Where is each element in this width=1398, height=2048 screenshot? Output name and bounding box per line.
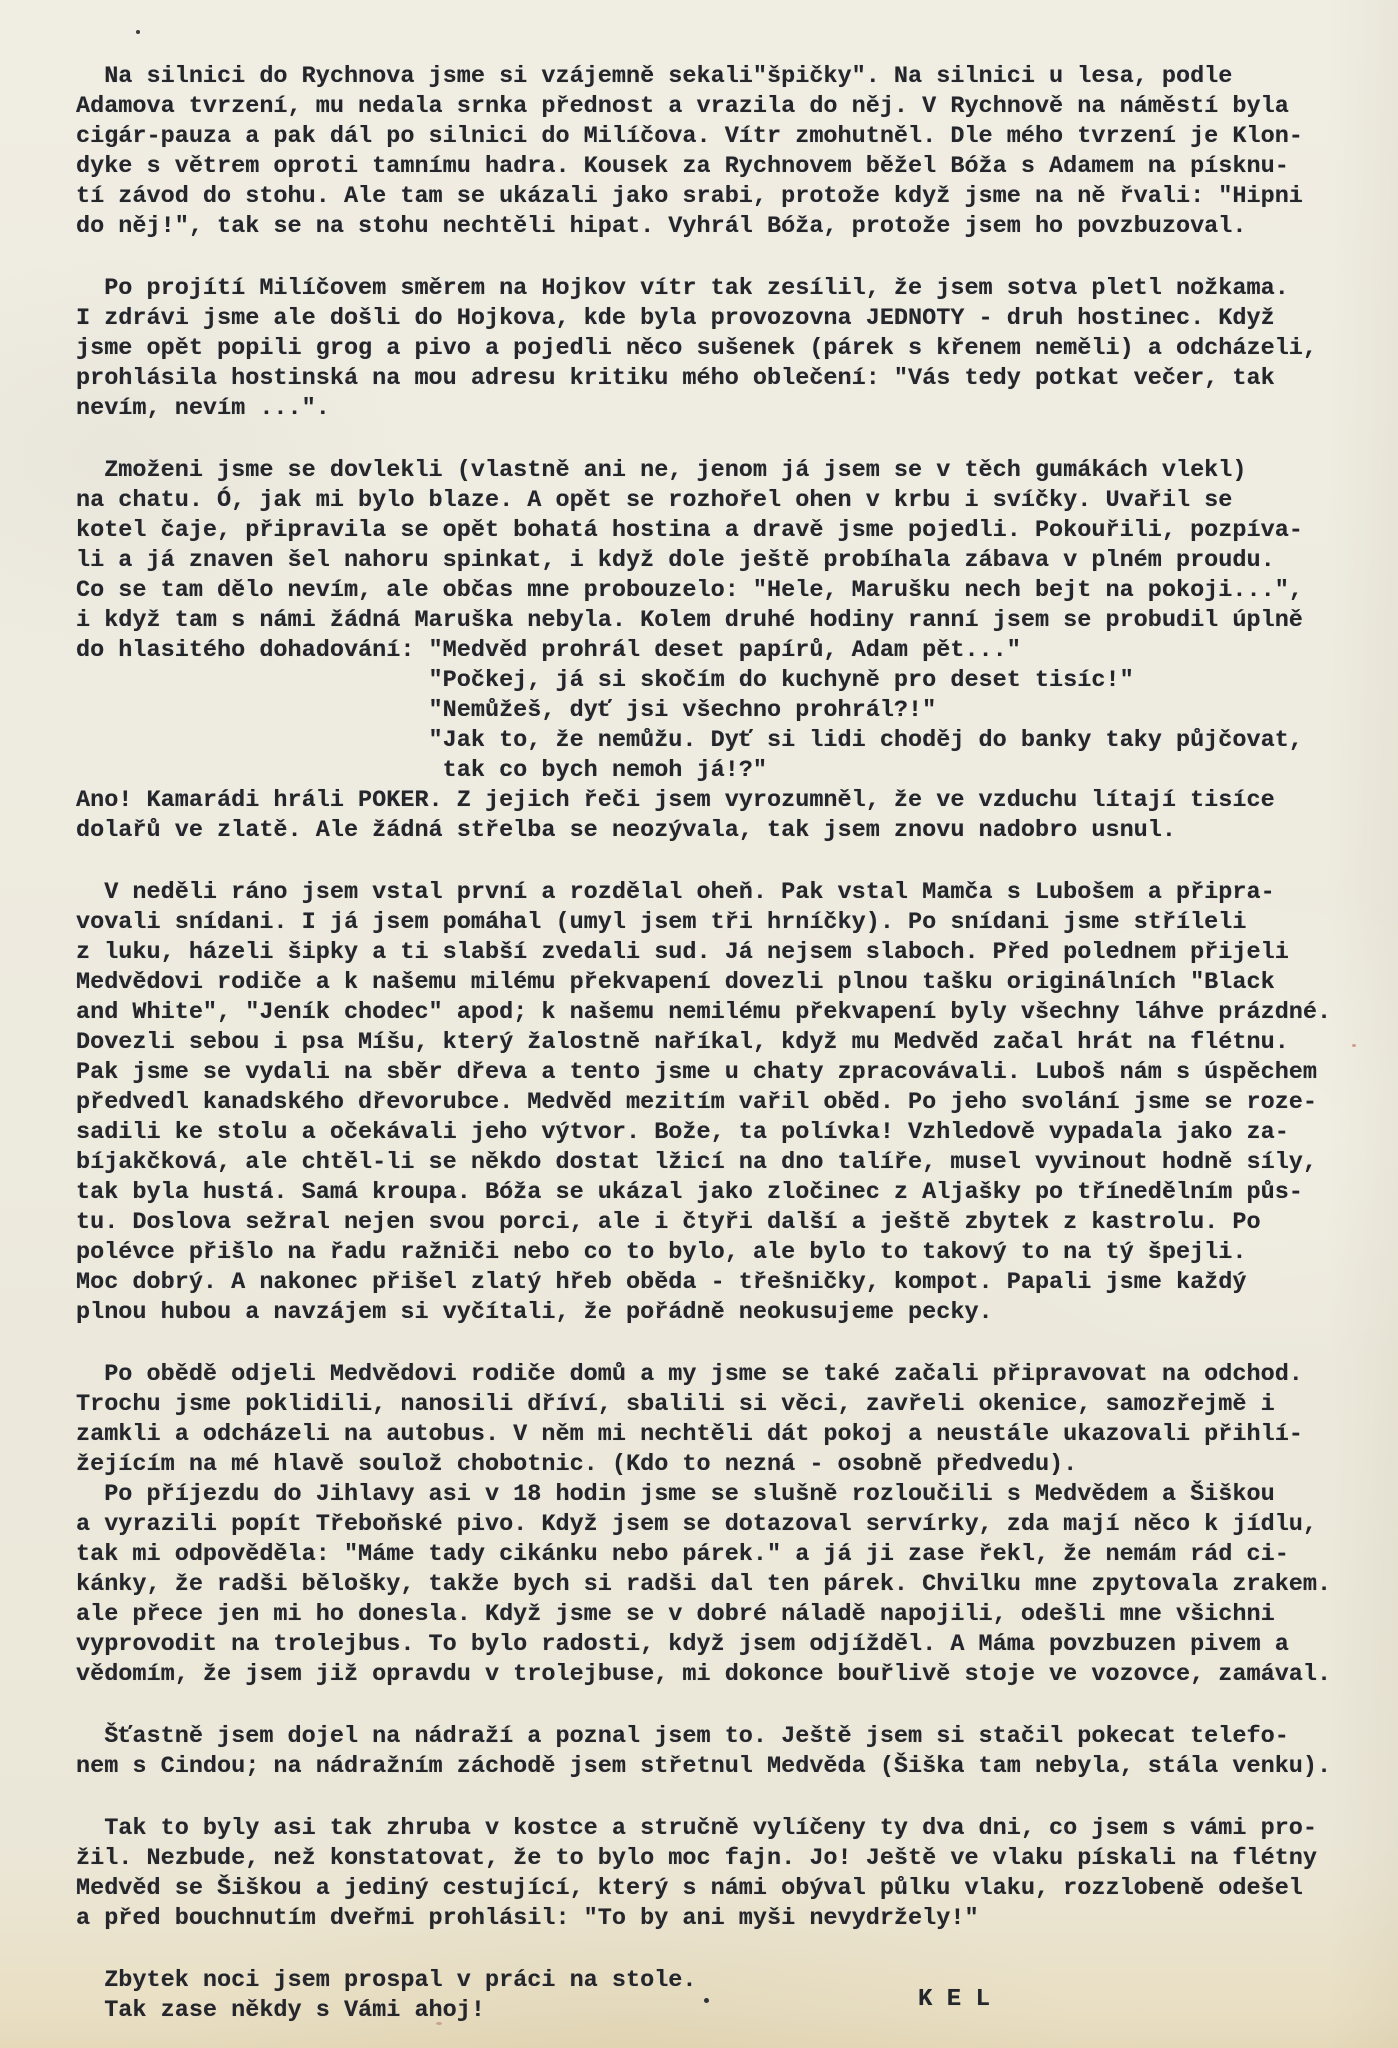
- text-line: Medvěd se Šiškou a jediný cestující, kte…: [76, 1874, 1398, 1904]
- text-line: jsme opět popili grog a pivo a pojedli n…: [76, 334, 1398, 364]
- text-line: Tak zase někdy s Vámi ahoj!: [76, 1996, 1398, 2026]
- text-line: Adamova tvrzení, mu nedala srnka přednos…: [76, 92, 1398, 122]
- text-line: Moc dobrý. A nakonec přišel zlatý hřeb o…: [76, 1268, 1398, 1298]
- text-line: nevím, nevím ...".: [76, 394, 1398, 424]
- text-line: Po příjezdu do Jihlavy asi v 18 hodin js…: [76, 1480, 1398, 1510]
- text-line: Ano! Kamarádi hráli POKER. Z jejich řeči…: [76, 786, 1398, 816]
- paragraph: Po obědě odjeli Medvědovi rodiče domů a …: [76, 1360, 1398, 1690]
- text-line: žil. Nezbude, než konstatovat, že to byl…: [76, 1844, 1398, 1874]
- text-line: tak co bych nemoh já!?": [76, 756, 1398, 786]
- text-line: předvedl kanadského dřevorubce. Medvěd m…: [76, 1088, 1398, 1118]
- text-line: žejícím na mé hlavě soulož chobotnic. (K…: [76, 1450, 1398, 1480]
- text-line: ale přece jen mi ho donesla. Když jsme s…: [76, 1600, 1398, 1630]
- text-line: i když tam s námi žádná Maruška nebyla. …: [76, 606, 1398, 636]
- text-line: tu. Doslova sežral nejen svou porci, ale…: [76, 1208, 1398, 1238]
- text-line: z luku, házeli šipky a ti slabší zvedali…: [76, 938, 1398, 968]
- text-line: Na silnici do Rychnova jsme si vzájemně …: [76, 62, 1398, 92]
- text-line: tak byla hustá. Samá kroupa. Bóža se uká…: [76, 1178, 1398, 1208]
- text-line: vědomím, že jsem již opravdu v trolejbus…: [76, 1660, 1398, 1690]
- text-line: Po projítí Milíčovem směrem na Hojkov ví…: [76, 274, 1398, 304]
- text-line: "Nemůžeš, dyť jsi všechno prohrál?!": [76, 696, 1398, 726]
- text-line: Trochu jsme poklidili, nanosili dříví, s…: [76, 1390, 1398, 1420]
- paper-speck: [136, 30, 140, 34]
- text-line: Šťastně jsem dojel na nádraží a poznal j…: [76, 1722, 1398, 1752]
- text-line: plnou hubou a navzájem si vyčítali, že p…: [76, 1298, 1398, 1328]
- paragraph: V neděli ráno jsem vstal první a rozděla…: [76, 878, 1398, 1328]
- text-line: a vyrazili popít Třeboňské pivo. Když js…: [76, 1510, 1398, 1540]
- text-line: Zbytek noci jsem prospal v práci na stol…: [76, 1966, 1398, 1996]
- text-line: kotel čaje, připravila se opět bohatá ho…: [76, 516, 1398, 546]
- text-line: cigár-pauza a pak dál po silnici do Milí…: [76, 122, 1398, 152]
- text-line: kánky, že radši bělošky, takže bych si r…: [76, 1570, 1398, 1600]
- text-line: Zmoženi jsme se dovlekli (vlastně ani ne…: [76, 456, 1398, 486]
- text-line: li a já znaven šel nahoru spinkat, i kdy…: [76, 546, 1398, 576]
- paragraph: Šťastně jsem dojel na nádraží a poznal j…: [76, 1722, 1398, 1782]
- paper-speck: [704, 1998, 709, 2003]
- text-line: I zdrávi jsme ale došli do Hojkova, kde …: [76, 304, 1398, 334]
- text-line: Tak to byly asi tak zhruba v kostce a st…: [76, 1814, 1398, 1844]
- text-line: vyprovodit na trolejbus. To bylo radosti…: [76, 1630, 1398, 1660]
- text-line: zamkli a odcházeli na autobus. V něm mi …: [76, 1420, 1398, 1450]
- text-line: dolařů ve zlatě. Ale žádná střelba se ne…: [76, 816, 1398, 846]
- text-line: bíjakčková, ale chtěl-li se někdo dostat…: [76, 1148, 1398, 1178]
- text-line: Co se tam dělo nevím, ale občas mne prob…: [76, 576, 1398, 606]
- text-line: tí závod do stohu. Ale tam se ukázali ja…: [76, 182, 1398, 212]
- paragraph: Zmoženi jsme se dovlekli (vlastně ani ne…: [76, 456, 1398, 846]
- signature: K E L: [918, 1986, 990, 2013]
- text-line: tak mi odpověděla: "Máme tady cikánku ne…: [76, 1540, 1398, 1570]
- text-line: "Počkej, já si skočím do kuchyně pro des…: [76, 666, 1398, 696]
- paragraph: Zbytek noci jsem prospal v práci na stol…: [76, 1966, 1398, 2026]
- text-line: Medvědovi rodiče a k našemu milému překv…: [76, 968, 1398, 998]
- text-line: and White", "Jeník chodec" apod; k našem…: [76, 998, 1398, 1028]
- text-line: prohlásila hostinská na mou adresu kriti…: [76, 364, 1398, 394]
- text-line: Po obědě odjeli Medvědovi rodiče domů a …: [76, 1360, 1398, 1390]
- text-line: dyke s větrem oproti tamnímu hadra. Kous…: [76, 152, 1398, 182]
- text-line: polévce přišlo na řadu ražniči nebo co t…: [76, 1238, 1398, 1268]
- scanned-letter: { "page": { "signature": "K E L", "paper…: [0, 0, 1398, 2048]
- text-line: nem s Cindou; na nádražním záchodě jsem …: [76, 1752, 1398, 1782]
- typewritten-letter-page: Na silnici do Rychnova jsme si vzájemně …: [0, 0, 1398, 2048]
- text-line: sadili ke stolu a očekávali jeho výtvor.…: [76, 1118, 1398, 1148]
- text-line: "Jak to, že nemůžu. Dyť si lidi choděj d…: [76, 726, 1398, 756]
- text-line: vovali snídani. I já jsem pomáhal (umyl …: [76, 908, 1398, 938]
- text-line: do hlasitého dohadování: "Medvěd prohrál…: [76, 636, 1398, 666]
- text-line: a před bouchnutím dveřmi prohlásil: "To …: [76, 1904, 1398, 1934]
- text-line: Dovezli sebou i psa Míšu, který žalostně…: [76, 1028, 1398, 1058]
- document-body: Na silnici do Rychnova jsme si vzájemně …: [76, 62, 1398, 2026]
- text-line: Pak jsme se vydali na sběr dřeva a tento…: [76, 1058, 1398, 1088]
- paragraph: Na silnici do Rychnova jsme si vzájemně …: [76, 62, 1398, 242]
- text-line: na chatu. Ó, jak mi bylo blaze. A opět s…: [76, 486, 1398, 516]
- paragraph: Po projítí Milíčovem směrem na Hojkov ví…: [76, 274, 1398, 424]
- text-line: do něj!", tak se na stohu nechtěli hipat…: [76, 212, 1398, 242]
- text-line: V neděli ráno jsem vstal první a rozděla…: [76, 878, 1398, 908]
- paper-speck: [1352, 1044, 1356, 1047]
- paper-speck: [436, 2022, 442, 2025]
- paragraph: Tak to byly asi tak zhruba v kostce a st…: [76, 1814, 1398, 1934]
